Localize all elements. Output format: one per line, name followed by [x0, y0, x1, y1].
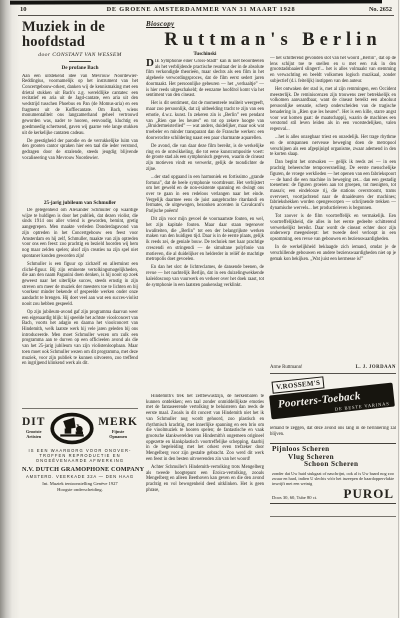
film-closing: Arme Ruttmann! — [270, 365, 303, 370]
film-signature: L. J. JORDAAN — [356, 365, 396, 370]
divider — [270, 373, 396, 374]
divider — [69, 61, 91, 62]
music-article-closing: iemand te zeggen, dat deze avond ons lan… — [270, 426, 396, 440]
gramophone-ad-word-left: DIT — [22, 412, 45, 428]
purol-body-text: zonder dat Uw huid stukgaat of naschrijn… — [272, 471, 394, 486]
paragraph: Tot zoover is de film voortreffelijk en … — [270, 214, 396, 243]
paragraph: De gelegenheid om Alexander Schmuller op… — [22, 208, 138, 259]
music-article-column: Muziek in de hoofdstad door CONSTANT VAN… — [22, 20, 138, 492]
paragraph: De avond, die van daar deze film bereikt… — [146, 144, 264, 173]
film-body-column-2: — het schitterend gevonden slot van het … — [270, 56, 396, 364]
paragraph: Het is dit sentiment, dat de momenteele … — [146, 101, 264, 141]
film-col1-paragraphs: Het is dit sentiment, dat de momenteele … — [146, 101, 264, 288]
purol-price: Doos 30, 60, Tube 80 ct. — [272, 495, 317, 500]
masthead-rule — [18, 15, 394, 16]
gramophone-ad-caption-left: Grootste Artisten — [22, 430, 45, 440]
section-heading-jubileum: 25-jarig jubileum van Schmuller — [22, 200, 138, 206]
paragraph: — het schitterend gevonden slot van het … — [270, 56, 396, 85]
music-article-byline: door CONSTANT VAN WESSEM — [22, 52, 138, 58]
gramophone-ad-company: N.V. DUTCH GRAMOPHONE COMPANY — [22, 466, 138, 473]
section-heading-profane-bach: De profane Bach — [22, 65, 138, 71]
paragraph: En dan het slot: de lichtreclames, de da… — [146, 265, 264, 288]
purol-brand: PUROL — [344, 488, 395, 500]
gramophone-ad-right: MERK Fijnste Opnamen — [98, 412, 138, 440]
film-article-column-1: Tuschinski DIE Symphonie einer Gross-Sta… — [146, 52, 264, 498]
paragraph: Dit zijn voor mijn gevoel de voornaamste… — [146, 217, 264, 263]
scan-edge-strip — [10, 0, 382, 5]
masthead-title: DE GROENE AMSTERDAMMER VAN 31 MAART 1928 — [60, 6, 342, 13]
gramophone-ad-note: Int. Muziek tentoonstelling Genève 1927 — [22, 481, 138, 486]
music-section-1-body: Aan een uitstekend idee van Mevrouw Noor… — [22, 74, 138, 198]
paragraph: Aan een uitstekend idee van Mevrouw Noor… — [22, 74, 138, 137]
film-article-title: Ruttman's Berlin — [150, 30, 396, 51]
paragraph: ...het is alles onzegbaar triest en onze… — [270, 135, 396, 158]
film-opening-text: IE Symphonie einer Gross-Stadt” kan ik n… — [146, 59, 264, 98]
paragraph: Dan begint het ontwaken — gelijk ik reed… — [270, 160, 396, 211]
newspaper-page: 10 DE GROENE AMSTERDAMMER VAN 31 MAART 1… — [0, 0, 400, 618]
music-section-2-body: De gelegenheid om Alexander Schmuller op… — [22, 208, 138, 404]
caption-line: Opnamen — [98, 435, 138, 440]
gramophone-ad-address: AMSTERD. VEERKADE 32A — DEN HAAG — [22, 474, 138, 479]
paragraph: Op zijn jubileum-avond gaf zijn programm… — [22, 310, 138, 367]
paragraph: Hindemith's trek het zelfbewustzijn, de … — [146, 394, 264, 462]
his-masters-voice-logo-icon — [50, 412, 94, 445]
film-opening-paragraph: DIE Symphonie einer Gross-Stadt” kan ik … — [146, 59, 264, 99]
paragraph: De geestigheid der parodie en de verrukk… — [22, 139, 138, 162]
purol-ad: Pijnloos Scheren Vlug Scheren Schoon Sch… — [270, 443, 396, 504]
purol-line-3: Schoon Scheren — [304, 461, 394, 469]
gramophone-ad: DIT Grootste Artisten — [22, 408, 138, 492]
film-kicker: Bioscopy — [146, 20, 174, 28]
film-article-column-2: — het schitterend gevonden slot van het … — [270, 56, 396, 504]
caption-line: Artisten — [22, 435, 45, 440]
gramophone-ad-left: DIT Grootste Artisten — [22, 412, 45, 440]
paragraph: Schmuller is een figuur op zichzelf en a… — [22, 262, 138, 308]
gramophone-ad-word-right: MERK — [98, 412, 138, 428]
gramophone-ad-guarantee: IS EEN WAARBORG VOOR ONOVER- TROFFEN REP… — [22, 448, 138, 464]
issue-number: No. 2652 — [342, 6, 392, 13]
film-signature-row: Arme Ruttmann! L. J. JORDAAN — [270, 365, 396, 370]
page-edge — [398, 0, 399, 618]
masthead: 10 DE GROENE AMSTERDAMMER VAN 31 MAART 1… — [20, 6, 392, 15]
tobacco-ad: Poorters-Toeback DE BESTE VARINAS V.ROSS… — [270, 377, 396, 423]
guarantee-line: ONGEËVENAARDE AFWERKING — [22, 458, 138, 463]
drop-cap: D — [146, 59, 154, 68]
paragraph: Achter Schmuller's Hindemith-vertolking … — [146, 465, 264, 494]
closing-paragraph: iemand te zeggen, dat deze avond ons lan… — [270, 426, 396, 437]
paragraph: Het ontwaken der stad is, met al zijn re… — [270, 87, 396, 133]
bottom-rule — [270, 516, 396, 517]
paragraph: ...der stad opgaand in een harmoniek en … — [146, 175, 264, 215]
gramophone-ad-header: DIT Grootste Artisten — [22, 412, 138, 445]
purol-price-row: Doos 30, 60, Tube 80 ct. PUROL — [272, 488, 394, 500]
music-article-continuation: Hindemith's trek het zelfbewustzijn, de … — [146, 394, 264, 498]
gramophone-ad-caption-right: Fijnste Opnamen — [98, 430, 138, 440]
gramophone-ad-note2: Hoogste onderscheiding. — [22, 487, 138, 492]
film-subhead-theatre: Tuschinski — [146, 52, 264, 57]
film-body-column-1: DIE Symphonie einer Gross-Stadt” kan ik … — [146, 59, 264, 386]
paper-sheet: 10 DE GROENE AMSTERDAMMER VAN 31 MAART 1… — [0, 0, 400, 618]
page-number: 10 — [20, 6, 60, 13]
paragraph: In de werkelijkheid beklaagde zich ieman… — [270, 245, 396, 262]
music-article-title: Muziek in de hoofdstad — [22, 20, 138, 50]
